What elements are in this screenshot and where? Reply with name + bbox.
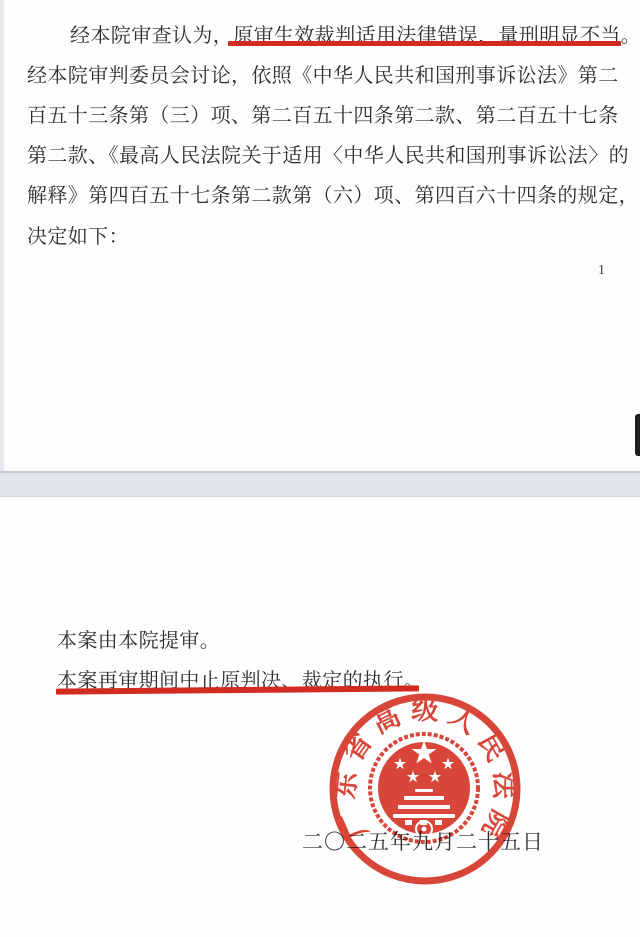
document-viewer: 经本院审查认为，原审生效裁判适用法律错误，量刑明显不当。 经本院审判委员会讨论，… <box>0 0 640 937</box>
body-line: 解释》第四百五十七条第二款第（六）项、第四百六十四条的规定， <box>27 179 639 208</box>
body-line: 百五十三条第（三）项、第二百五十四条第二款、第二百五十七条 <box>27 99 619 128</box>
scrollbar-thumb[interactable] <box>635 414 640 456</box>
gear-hub <box>422 827 427 832</box>
national-emblem-icon <box>370 734 478 842</box>
document-page-2: 本案由本院提审。 本案再审期间中止原判决、裁定的执行。 二〇二五年九月二十五日 … <box>0 497 640 937</box>
body-line: 本案由本院提审。 <box>57 624 220 653</box>
page-separator <box>0 471 640 497</box>
court-seal: 广东省高级人民法院 <box>325 689 525 889</box>
document-page-1: 经本院审查认为，原审生效裁判适用法律错误，量刑明显不当。 经本院审判委员会讨论，… <box>0 0 640 471</box>
page-number: 1 <box>598 263 605 279</box>
page-edge-shadow <box>0 0 4 471</box>
red-underline-annotation <box>228 41 621 46</box>
body-line: 第二款、《最高人民法院关于适用〈中华人民共和国刑事诉讼法〉的 <box>27 139 629 168</box>
body-line: 决定如下： <box>27 220 129 249</box>
body-line: 经本院审判委员会讨论，依照《中华人民共和国刑事诉讼法》第二 <box>27 59 619 88</box>
